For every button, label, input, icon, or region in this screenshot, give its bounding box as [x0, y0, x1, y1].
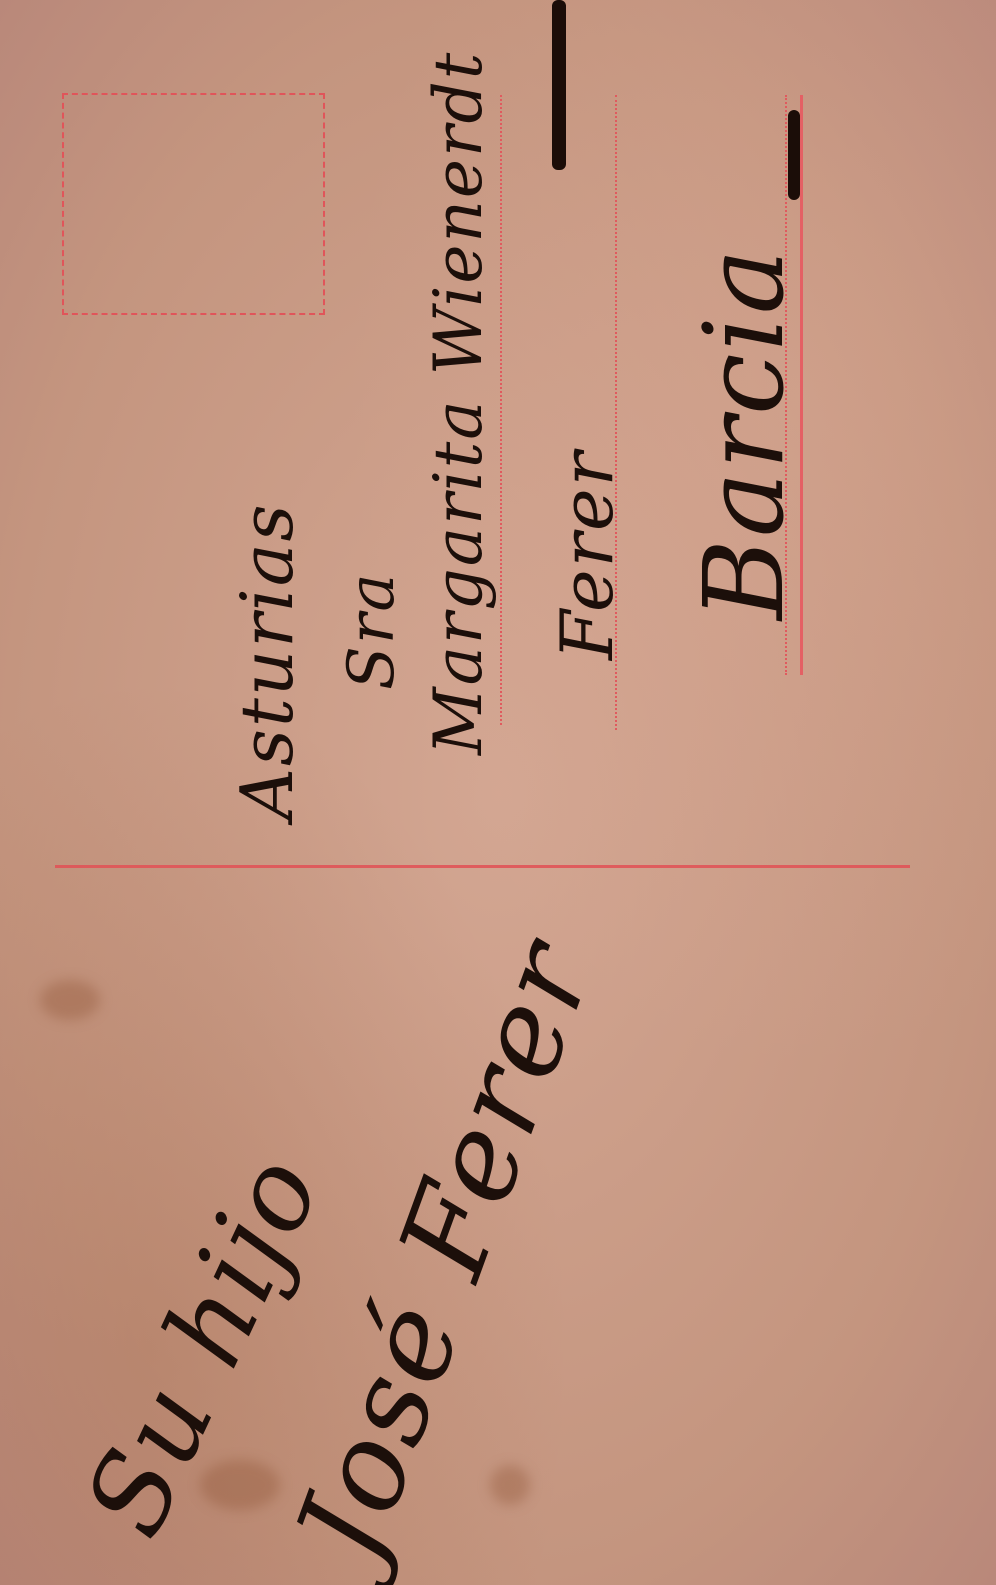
stamp-box: [62, 93, 325, 315]
address-line-surname: Ferer: [545, 450, 629, 660]
postmark-mark: [552, 0, 566, 170]
address-line-city: Barcia: [680, 247, 808, 620]
divider-line: [55, 865, 910, 868]
address-line-salutation: Sra: [335, 571, 409, 690]
address-rule-1: [500, 95, 502, 725]
stain: [40, 980, 100, 1020]
postcard-back: Asturias Sra Margarita Wienerdt Ferer Ba…: [0, 0, 996, 1585]
address-line-region: Asturias: [225, 502, 309, 820]
postmark-mark: [788, 110, 800, 200]
stain: [490, 1465, 530, 1505]
address-line-name: Margarita Wienerdt: [420, 51, 497, 755]
message-line-2: José Ferer: [270, 924, 621, 1577]
